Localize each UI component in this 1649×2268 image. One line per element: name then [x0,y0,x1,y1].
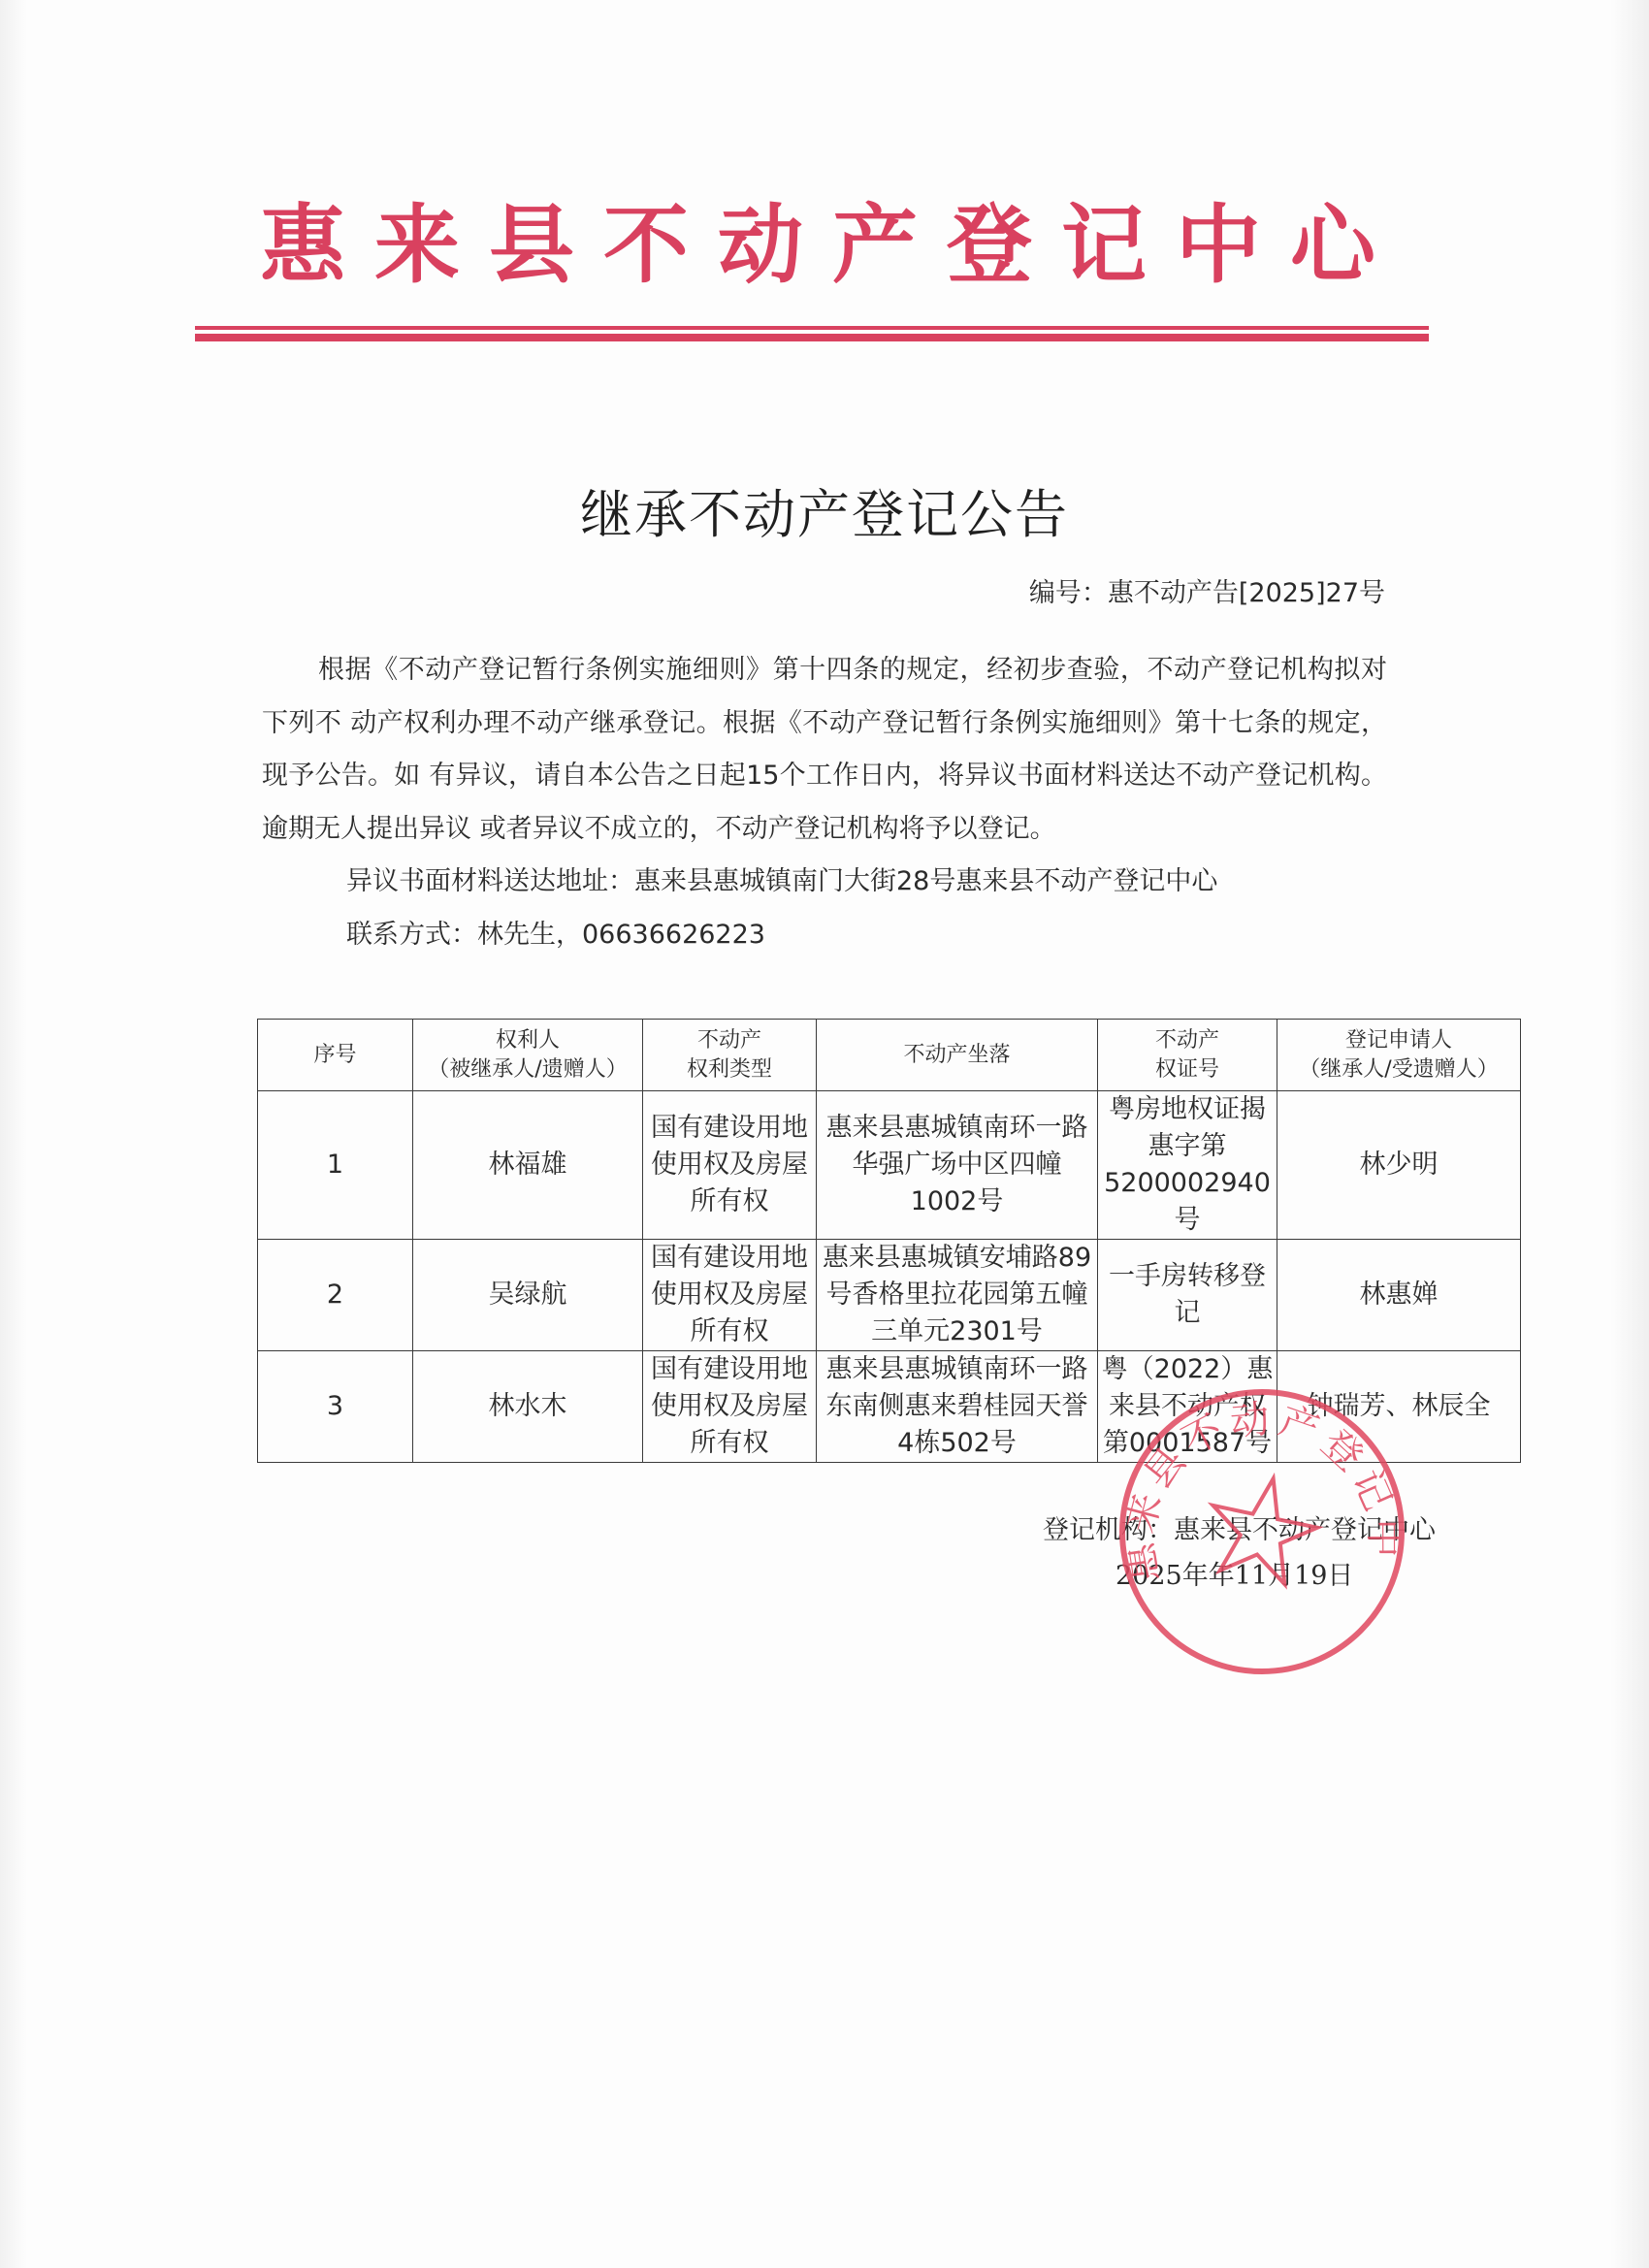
cell-certificate: 粤（2022）惠来县不动产权第0001587号 [1098,1351,1277,1463]
notice-title: 继承不动产登记公告 [543,481,1106,549]
header-owner: 权利人（被继承人/遗赠人） [413,1020,643,1091]
letterhead-rule-thick [195,334,1429,341]
cell-owner: 林水木 [413,1351,643,1463]
cell-location: 惠来县惠城镇安埔路89号香格里拉花园第五幢三单元2301号 [817,1240,1098,1351]
cell-applicant: 林少明 [1277,1091,1521,1240]
letterhead-organization: 惠来县不动产登记中心 [260,190,1424,299]
cell-right-type: 国有建设用地使用权及房屋所有权 [643,1240,817,1351]
cell-right-type: 国有建设用地使用权及房屋所有权 [643,1351,817,1463]
cell-owner: 吴绿航 [413,1240,643,1351]
signature-date: 2025年年11月19日 [1115,1559,1353,1594]
document-number: 编号：惠不动产告[2025]27号 [997,576,1385,611]
header-right-type: 不动产权利类型 [643,1020,817,1091]
table-row: 2 吴绿航 国有建设用地使用权及房屋所有权 惠来县惠城镇安埔路89号香格里拉花园… [258,1240,1521,1351]
notice-body: 根据《不动产登记暂行条例实施细则》第十四条的规定，经初步查验，不动产登记机构拟对… [262,644,1387,961]
scan-edge-left [0,0,27,2268]
letterhead-rule-thin [195,326,1429,330]
cell-index: 2 [258,1240,413,1351]
objection-address: 异议书面材料送达地址：惠来县惠城镇南门大街28号惠来县不动产登记中心 [262,856,1387,909]
cell-applicant: 钟瑞芳、林辰全 [1277,1351,1521,1463]
signature-organization: 登记机构：惠来县不动产登记中心 [1043,1513,1436,1548]
cell-right-type: 国有建设用地使用权及房屋所有权 [643,1091,817,1240]
header-index: 序号 [258,1020,413,1091]
header-location: 不动产坐落 [817,1020,1098,1091]
header-certificate: 不动产权证号 [1098,1020,1277,1091]
header-applicant: 登记申请人（继承人/受遗赠人） [1277,1020,1521,1091]
registry-table: 序号 权利人（被继承人/遗赠人） 不动产权利类型 不动产坐落 不动产权证号 登记… [257,1019,1521,1463]
cell-owner: 林福雄 [413,1091,643,1240]
table-row: 1 林福雄 国有建设用地使用权及房屋所有权 惠来县惠城镇南环一路华强广场中区四幢… [258,1091,1521,1240]
cell-index: 3 [258,1351,413,1463]
notice-paragraph: 根据《不动产登记暂行条例实施细则》第十四条的规定，经初步查验，不动产登记机构拟对… [262,644,1387,856]
table-row: 3 林水木 国有建设用地使用权及房屋所有权 惠来县惠城镇南环一路东南侧惠来碧桂园… [258,1351,1521,1463]
table-header-row: 序号 权利人（被继承人/遗赠人） 不动产权利类型 不动产坐落 不动产权证号 登记… [258,1020,1521,1091]
scan-edge-right [1610,0,1649,2268]
cell-certificate: 一手房转移登记 [1098,1240,1277,1351]
contact-info: 联系方式：林先生，06636626223 [262,909,1387,962]
cell-certificate: 粤房地权证揭惠字第5200002940号 [1098,1091,1277,1240]
cell-applicant: 林惠婵 [1277,1240,1521,1351]
cell-index: 1 [258,1091,413,1240]
cell-location: 惠来县惠城镇南环一路华强广场中区四幢1002号 [817,1091,1098,1240]
cell-location: 惠来县惠城镇南环一路东南侧惠来碧桂园天誉4栋502号 [817,1351,1098,1463]
